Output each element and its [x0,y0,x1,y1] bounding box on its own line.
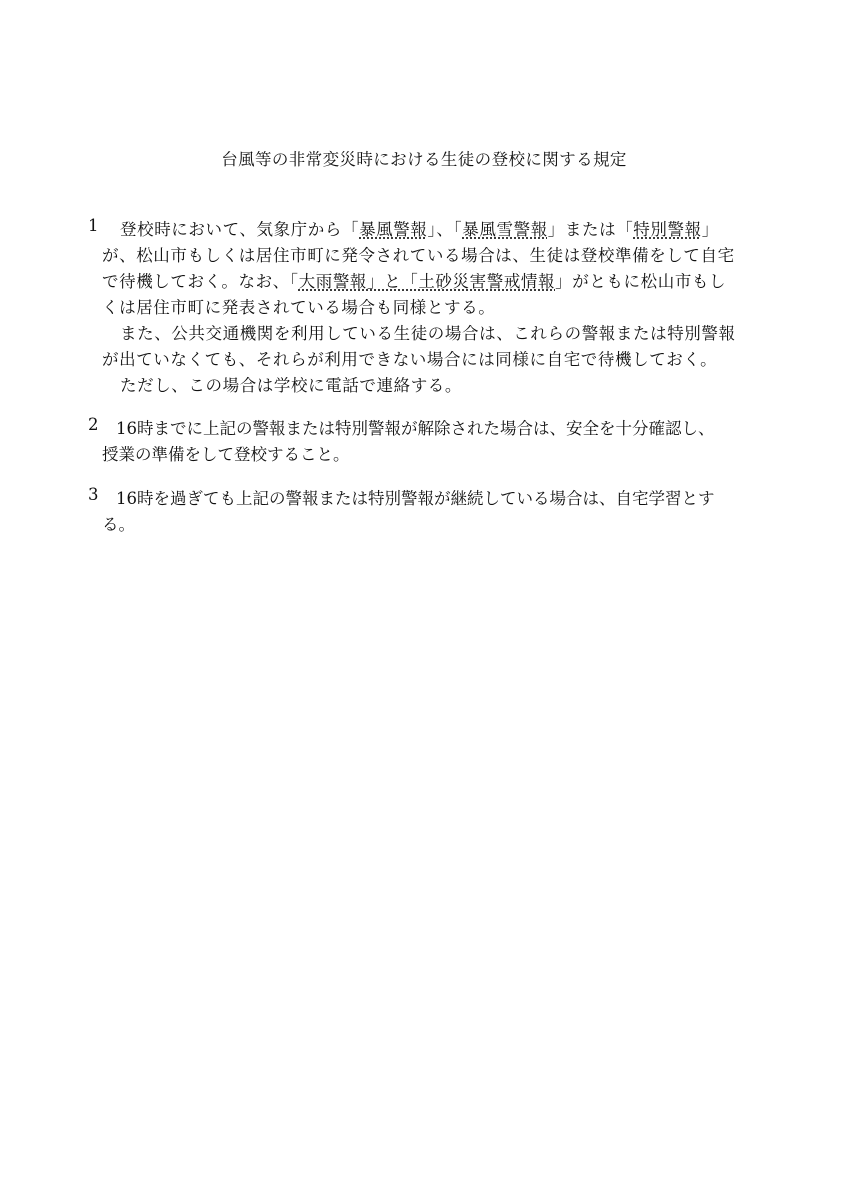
text-line: くは居住市町に発表されている場合も同様とする。 [102,294,495,318]
text-line: る。 [102,511,135,535]
text-line: が出ていなくても、それらが利用できない場合には同様に自宅で待機しておく。 [102,346,717,370]
text-line: また、公共交通機関を利用している生徒の場合は、これらの警報または特別警報 [120,320,736,344]
text-line: 16時までに上記の警報または特別警報が解除された場合は、安全を十分確認し、 [116,415,715,439]
text: 」、「 [427,220,462,239]
text: 」または「 [548,220,634,239]
text: 登校時において、気象庁から「 [120,220,359,239]
text-line: が、松山市もしくは居住市町に発令されている場合は、生徒は登校準備をして自宅 [102,242,735,266]
text: 」 [702,220,719,239]
text: 」がともに松山市もし [555,272,726,291]
text-line: ただし、この場合は学校に電話で連絡する。 [120,372,462,396]
item-number: 1 [88,216,99,235]
underlined-term: 大雨警報」と「土砂災害警戒情報 [299,272,556,291]
item-number: 3 [88,485,99,504]
underlined-term: 暴風雪警報 [462,220,548,239]
text-line: 16時を過ぎても上記の警報または特別警報が継続している場合は、自宅学習とす [116,485,715,509]
underlined-term: 暴風警報 [359,220,427,239]
document-title: 台風等の非常変災時における生徒の登校に関する規定 [0,146,848,170]
text: で待機しておく。なお、「 [102,272,299,291]
text-line: 授業の準備をして登校すること。 [102,441,350,465]
text-line: 登校時において、気象庁から「暴風警報」、「暴風雪警報」または「特別警報」 [120,216,719,240]
item-number: 2 [88,415,99,434]
underlined-term: 特別警報 [633,220,701,239]
text-line: で待機しておく。なお、「大雨警報」と「土砂災害警戒情報」がともに松山市もし [102,268,726,292]
